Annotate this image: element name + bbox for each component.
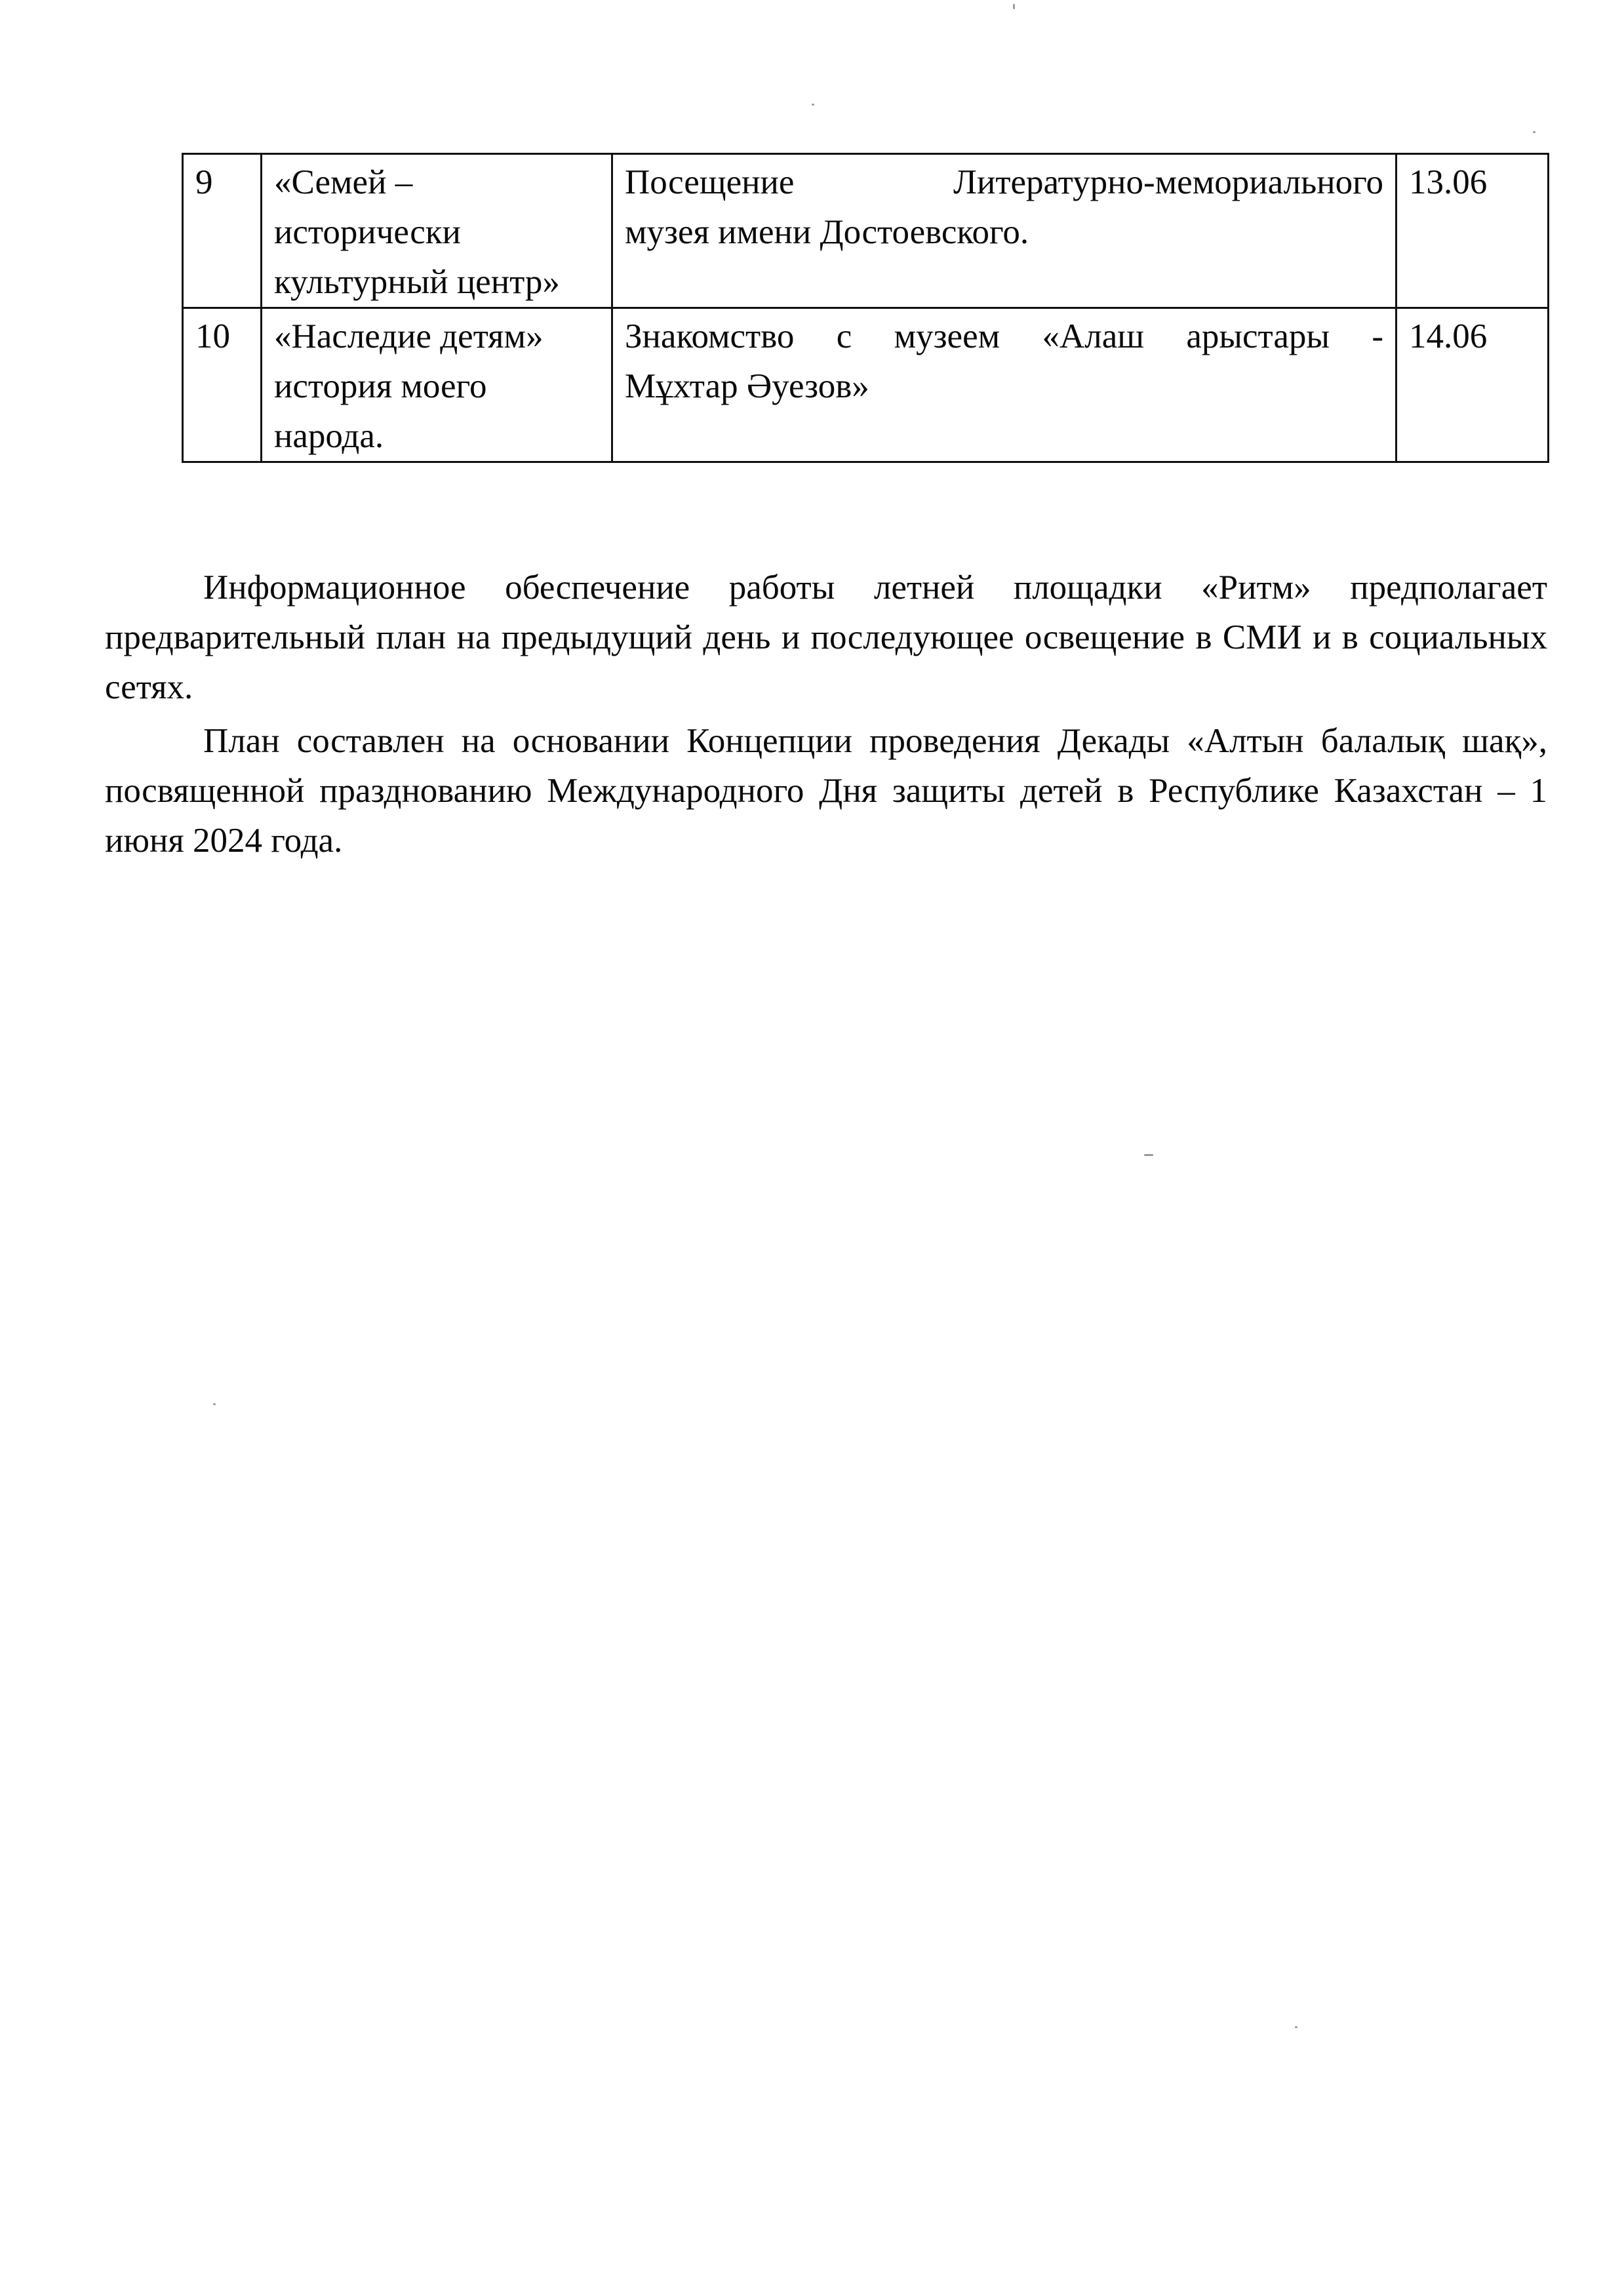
scan-artifact bbox=[1013, 4, 1015, 9]
events-table: 9 «Семей – исторически культурный центр»… bbox=[182, 153, 1549, 463]
row-number: 10 bbox=[183, 308, 262, 462]
scan-artifact bbox=[1295, 2026, 1297, 2028]
scan-artifact bbox=[1533, 131, 1535, 133]
table-row: 10 «Наследие детям» история моего народа… bbox=[183, 308, 1549, 462]
event-description-line1: Знакомство с музеем «Алаш арыстары - bbox=[625, 311, 1383, 361]
event-description-rest: Мұхтар Әуезов» bbox=[625, 367, 869, 405]
paragraph-information-support: Информационное обеспечение работы летней… bbox=[105, 563, 1547, 712]
event-title: «Семей – исторически культурный центр» bbox=[262, 154, 612, 308]
event-description-rest: музея имени Достоевского. bbox=[625, 213, 1029, 251]
scan-artifact bbox=[1144, 1154, 1153, 1156]
table-row: 9 «Семей – исторически культурный центр»… bbox=[183, 154, 1549, 308]
event-description: Знакомство с музеем «Алаш арыстары - Мұх… bbox=[612, 308, 1396, 462]
document-page: 9 «Семей – исторически культурный центр»… bbox=[0, 0, 1624, 2295]
event-description: Посещение Литературно-мемориального музе… bbox=[612, 154, 1396, 308]
scan-artifact bbox=[812, 104, 814, 106]
paragraph-plan-basis: План составлен на основании Концепции пр… bbox=[105, 716, 1547, 866]
scan-artifact bbox=[213, 1403, 216, 1405]
event-date: 14.06 bbox=[1396, 308, 1549, 462]
event-title: «Наследие детям» история моего народа. bbox=[262, 308, 612, 462]
row-number: 9 bbox=[183, 154, 262, 308]
event-date: 13.06 bbox=[1396, 154, 1549, 308]
event-description-line1: Посещение Литературно-мемориального bbox=[625, 157, 1383, 207]
